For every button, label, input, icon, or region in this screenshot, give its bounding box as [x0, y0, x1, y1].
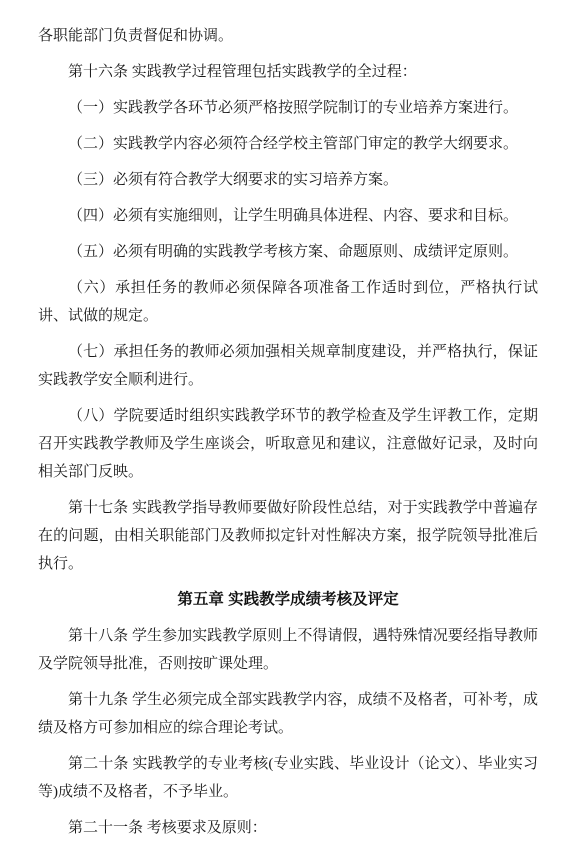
document-page: 各职能部门负责督促和协调。 第十六条 实践教学过程管理包括实践教学的全过程： （…	[0, 0, 573, 846]
paragraph-clause-5: （五）必须有明确的实践教学考核方案、命题原则、成绩评定原则。	[38, 238, 538, 266]
paragraph-article-20: 第二十条 实践教学的专业考核(专业实践、毕业设计（论文）、毕业实习等)成绩不及格…	[38, 750, 538, 806]
paragraph-clause-1: （一）实践教学各环节必须严格按照学院制订的专业培养方案进行。	[38, 94, 538, 122]
paragraph-article-21: 第二十一条 考核要求及原则：	[38, 814, 538, 842]
paragraph-clause-3: （三）必须有符合教学大纲要求的实习培养方案。	[38, 166, 538, 194]
paragraph-clause-8: （八）学院要适时组织实践教学环节的教学检查及学生评教工作，定期召开实践教学教师及…	[38, 402, 538, 486]
paragraph-clause-4: （四）必须有实施细则，让学生明确具体进程、内容、要求和目标。	[38, 202, 538, 230]
paragraph-clause-6: （六）承担任务的教师必须保障各项准备工作适时到位，严格执行试讲、试做的规定。	[38, 274, 538, 330]
paragraph-article-17: 第十七条 实践教学指导教师要做好阶段性总结，对于实践教学中普遍存在的问题，由相关…	[38, 494, 538, 578]
paragraph-article-18: 第十八条 学生参加实践教学原则上不得请假，遇特殊情况要经指导教师及学院领导批准，…	[38, 622, 538, 678]
chapter-5-heading: 第五章 实践教学成绩考核及评定	[38, 586, 538, 614]
paragraph-clause-7: （七）承担任务的教师必须加强相关规章制度建设，并严格执行，保证实践教学安全顺利进…	[38, 338, 538, 394]
paragraph-continuation: 各职能部门负责督促和协调。	[38, 22, 538, 50]
paragraph-article-16: 第十六条 实践教学过程管理包括实践教学的全过程：	[38, 58, 538, 86]
paragraph-clause-2: （二）实践教学内容必须符合经学校主管部门审定的教学大纲要求。	[38, 130, 538, 158]
paragraph-article-19: 第十九条 学生必须完成全部实践教学内容，成绩不及格者，可补考，成绩及格方可参加相…	[38, 686, 538, 742]
